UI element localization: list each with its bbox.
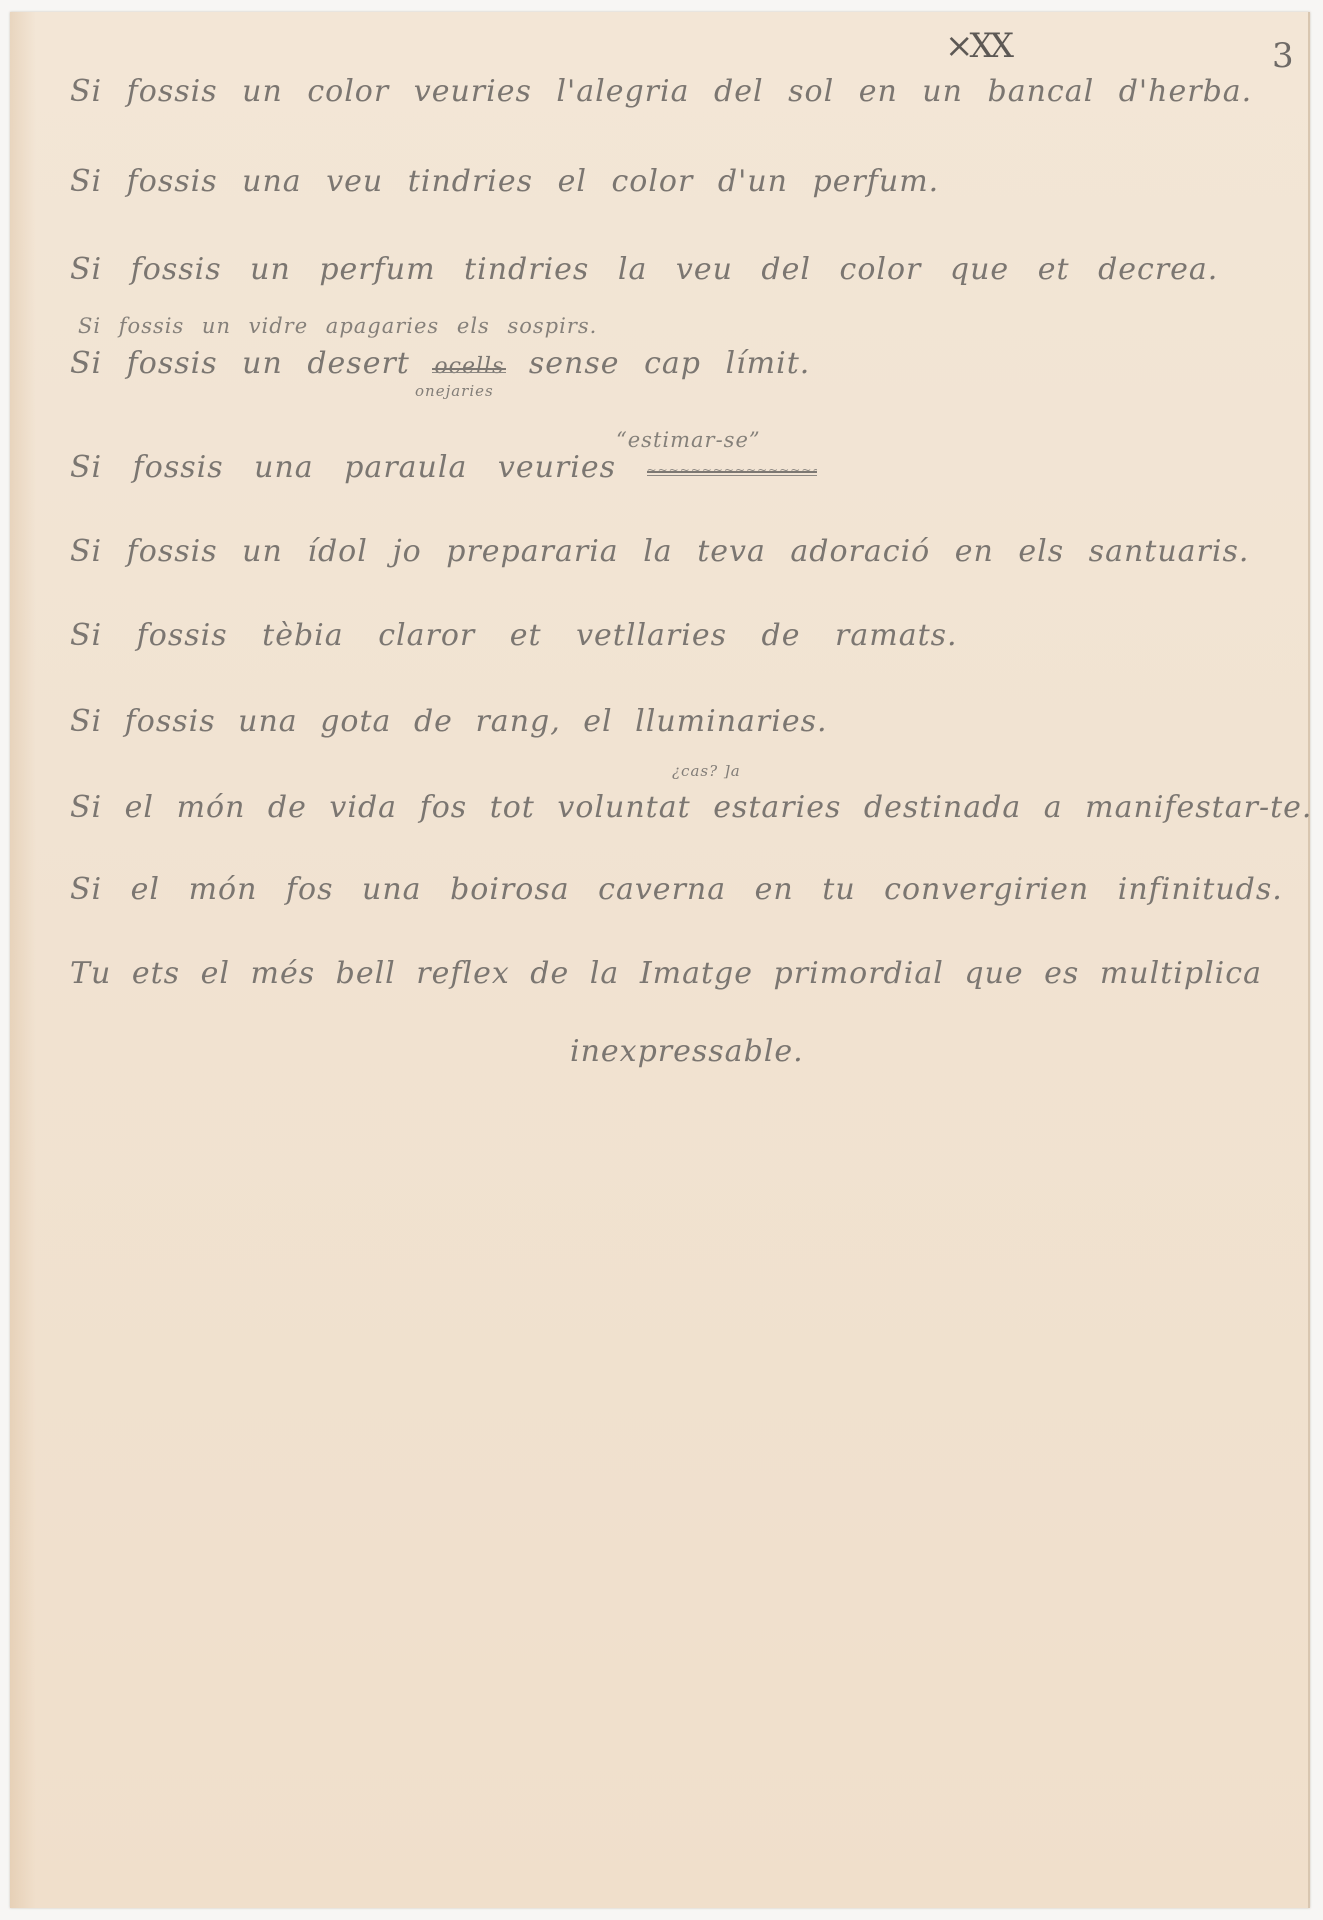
- line-5-struck-word: ocells: [434, 354, 504, 379]
- manuscript-line-8: Si fossis tèbia claror et vetllaries de …: [70, 618, 958, 653]
- line-5-insertion: onejaries: [415, 382, 494, 400]
- manuscript-line-13: inexpressable.: [570, 1034, 804, 1069]
- line-5-suffix: sense cap límit.: [529, 346, 810, 381]
- manuscript-page: ×XX 3 Si fossis un color veuries l'alegr…: [10, 12, 1310, 1908]
- line-6-insertion: “estimar-se”: [616, 428, 761, 452]
- manuscript-line-12: Tu ets el més bell reflex de la Imatge p…: [70, 956, 1262, 991]
- page-number: 3: [1272, 36, 1295, 76]
- line-6-prefix: Si fossis una paraula veuries: [70, 450, 616, 485]
- line-5-prefix: Si fossis un desert: [70, 346, 410, 381]
- line-10-prefix: Si el món de vida fos tot voluntat: [70, 790, 691, 825]
- line-10-insertion: ¿cas? ]a: [672, 762, 741, 780]
- line-6-struck-word: ~~~~~~~~~~~~~~~~~~~: [647, 463, 817, 477]
- manuscript-line-9: Si fossis una gota de rang, el lluminari…: [70, 704, 828, 739]
- manuscript-line-2: Si fossis una veu tindries el color d'un…: [70, 164, 939, 199]
- manuscript-line-6: Si fossis una paraula veuries ~~~~~~~~~~…: [70, 450, 817, 485]
- manuscript-line-5: Si fossis un desert ocells sense cap lím…: [70, 346, 810, 381]
- manuscript-line-10: Si el món de vida fos tot voluntat estar…: [70, 790, 1312, 825]
- manuscript-line-4-insertion: Si fossis un vidre apagaries els sospirs…: [78, 314, 597, 338]
- manuscript-line-11: Si el món fos una boirosa caverna en tu …: [70, 872, 1283, 907]
- top-cross-mark: ×XX: [945, 26, 1010, 66]
- manuscript-line-7: Si fossis un ídol jo prepararia la teva …: [70, 534, 1249, 569]
- manuscript-line-1: Si fossis un color veuries l'alegria del…: [70, 74, 1252, 109]
- line-10-suffix: estaries destinada a manifestar-te.: [713, 790, 1312, 825]
- manuscript-line-3: Si fossis un perfum tindries la veu del …: [70, 252, 1218, 287]
